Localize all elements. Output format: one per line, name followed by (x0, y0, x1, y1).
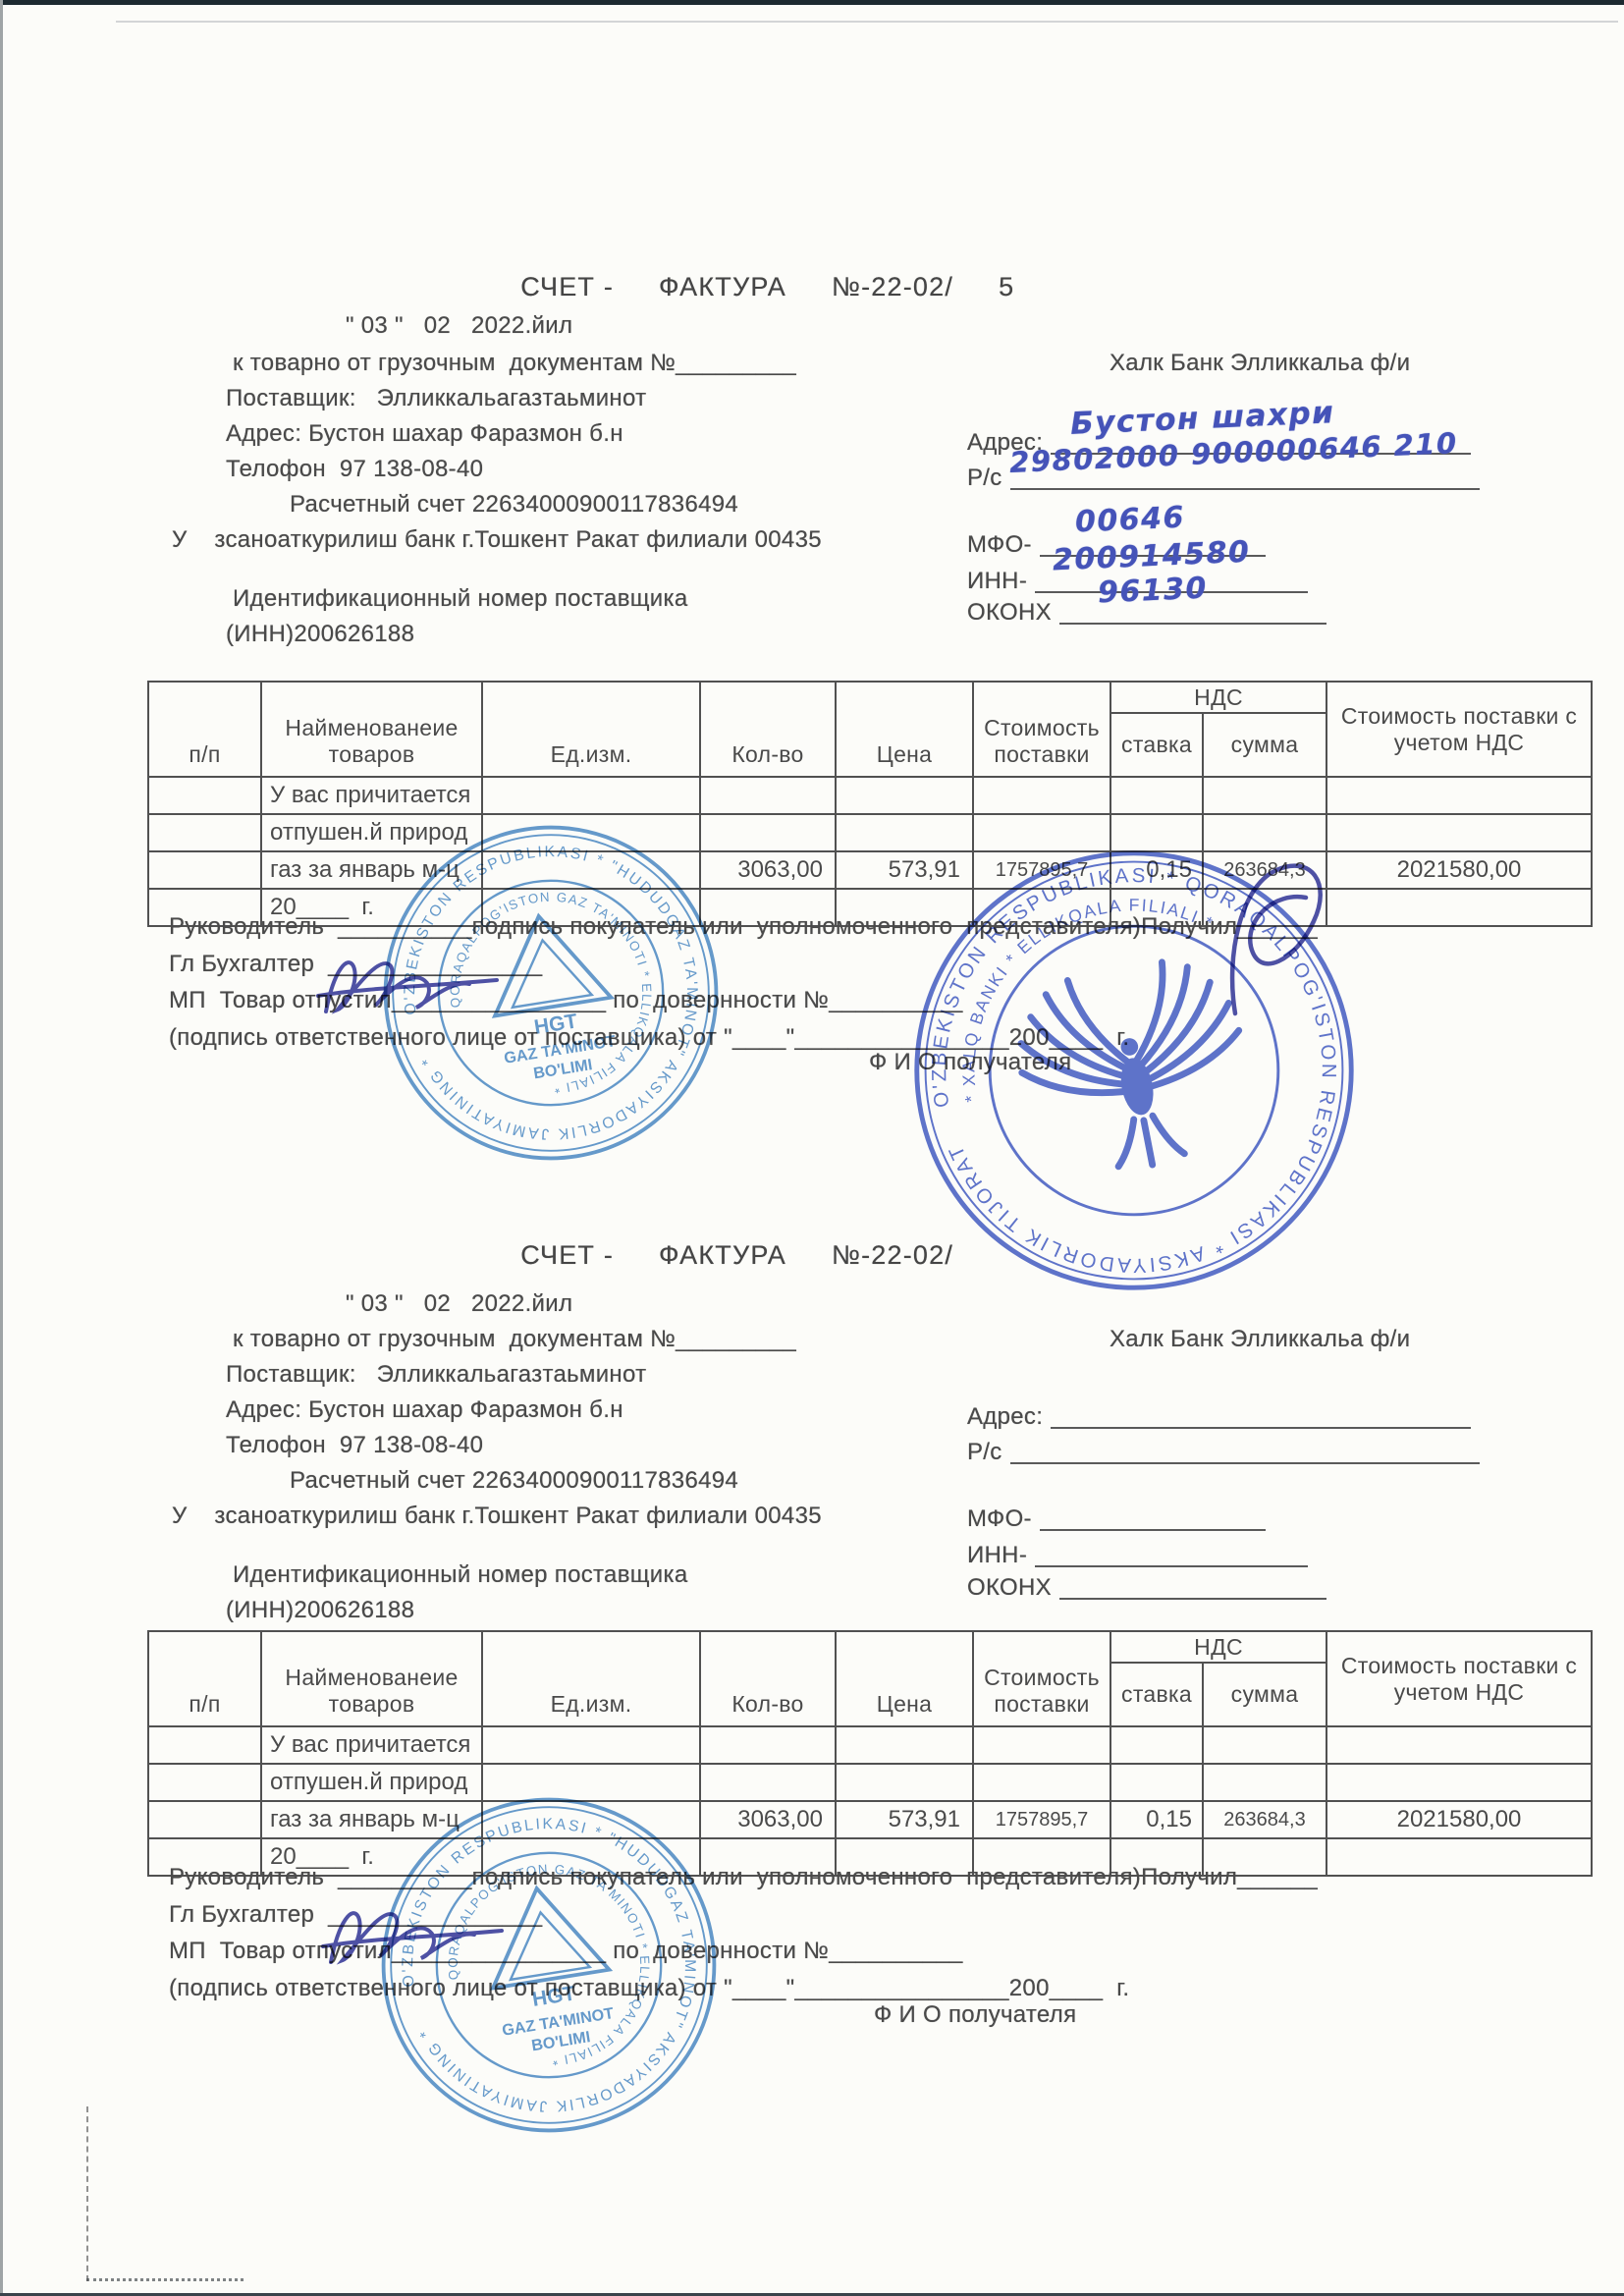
scan-fold-line (86, 2106, 88, 2281)
table-cell (1203, 1764, 1326, 1801)
supplier-id-caption: Идентификационный номер поставщика (233, 1561, 687, 1589)
table-cell (973, 1726, 1110, 1764)
invoice-title: СЧЕТ -ФАКТУРА№-22-02/ (469, 1210, 999, 1301)
title-word-faktura: ФАКТУРА (659, 272, 786, 301)
table-cell (482, 1726, 700, 1764)
col-header-price: Цена (836, 1631, 973, 1726)
invoice-date: " 03 " 02 2022.йил (346, 312, 572, 340)
table-cell (1110, 1726, 1203, 1764)
col-header-price: Цена (836, 682, 973, 777)
svg-text:O'ZBEKISTON RESPUBLIKASI * "HU: O'ZBEKISTON RESPUBLIKASI * "HUDUDGAZ TA'… (380, 822, 722, 1164)
col-header-nds: НДС (1110, 682, 1326, 713)
table-row: отпушен.й природ (148, 1764, 1592, 1801)
col-header-name: Найменованеие товаров (261, 1631, 482, 1726)
invoice-number-suffix: 5 (999, 272, 1014, 301)
col-header-nds: НДС (1110, 1631, 1326, 1663)
table-cell (1326, 1726, 1592, 1764)
supplier-address: Адрес: Бустон шахар Фаразмон б.н (226, 1396, 623, 1424)
table-cell (973, 1764, 1110, 1801)
table-cell (836, 814, 973, 851)
table-row: У вас причитается (148, 777, 1592, 814)
supplier-address: Адрес: Бустон шахар Фаразмон б.н (226, 420, 623, 448)
invoice-number: №-22-02/ (832, 272, 953, 301)
table-cell (700, 1726, 836, 1764)
table-cell (973, 777, 1110, 814)
col-header-unit: Ед.изм. (482, 1631, 700, 1726)
col-header-total: Стоимость поставки с учетом НДС (1326, 1631, 1592, 1726)
footer-fio: Ф И О получателя (874, 2001, 1076, 2029)
shipping-docs-line: к товарно от грузочным документам №_____… (233, 1326, 796, 1353)
scan-artifact-line (116, 21, 1618, 23)
gas-stamp-outer-text: O'ZBEKISTON RESPUBLIKASI * "HUDUDGAZ TA'… (378, 1794, 720, 2136)
buyer-bank-name: Халк Банк Элликкальа ф/и (1110, 350, 1410, 377)
col-header-sum: сумма (1203, 1663, 1326, 1726)
table-cell (836, 1764, 973, 1801)
table-cell (148, 1801, 261, 1838)
table-cell (148, 1726, 261, 1764)
buyer-mfo-field: МФО- (967, 1504, 1266, 1533)
shipping-docs-line: к товарно от грузочным документам №_____… (233, 350, 796, 377)
col-header-pp: п/п (148, 682, 261, 777)
footer-line-director: Руководитель __________подпись покупател… (169, 1864, 1318, 1891)
col-header-rate: ставка (1110, 713, 1203, 777)
table-cell (1326, 814, 1592, 851)
table-cell: 2021580,00 (1326, 1801, 1592, 1838)
inn-blank-line (1035, 1541, 1308, 1567)
buyer-okonx-field: ОКОНХ (967, 1573, 1326, 1602)
address-blank-line (1051, 1402, 1471, 1429)
scanned-invoice-page: СЧЕТ -ФАКТУРА№-22-02/5 " 03 " 02 2022.йи… (0, 0, 1624, 2296)
gas-stamp-monogram: HGT (530, 1982, 576, 2011)
scan-specks (86, 2278, 244, 2281)
handwritten-mfo: 00646 (1074, 501, 1185, 540)
table-cell: У вас причитается (261, 1726, 482, 1764)
mfo-blank-line (1040, 1504, 1266, 1531)
table-cell (1203, 1726, 1326, 1764)
title-word-schet: СЧЕТ - (520, 1240, 614, 1270)
table-cell (700, 777, 836, 814)
gas-stamp-triangle-logo (480, 907, 611, 1016)
gas-stamp-outer-text: O'ZBEKISTON RESPUBLIKASI * "HUDUDGAZ TA'… (380, 822, 722, 1164)
col-header-cost: Стоимость поставки (973, 1631, 1110, 1726)
col-header-cost: Стоимость поставки (973, 682, 1110, 777)
table-cell (148, 1764, 261, 1801)
table-cell: 573,91 (836, 1801, 973, 1838)
supplier-id-caption: Идентификационный номер поставщика (233, 585, 687, 613)
table-cell (148, 814, 261, 851)
col-header-pp: п/п (148, 1631, 261, 1726)
gas-stamp-monogram: HGT (532, 1010, 578, 1039)
table-row: отпушен.й природ (148, 814, 1592, 851)
table-cell: 3063,00 (700, 1801, 836, 1838)
table-cell: 3063,00 (700, 851, 836, 889)
buyer-bank-name: Халк Банк Элликкальа ф/и (1110, 1326, 1410, 1353)
supplier-inn: (ИНН)200626188 (226, 621, 414, 648)
col-header-rate: ставка (1110, 1663, 1203, 1726)
table-row: У вас причитается (148, 1726, 1592, 1764)
supplier-phone: Телофон 97 138-08-40 (226, 456, 483, 483)
handwritten-okonx: 96130 (1097, 572, 1208, 611)
gas-stamp-triangle-logo (478, 1880, 609, 1989)
table-cell: отпушен.й природ (261, 1764, 482, 1801)
supplier-phone: Телофон 97 138-08-40 (226, 1432, 483, 1459)
col-header-qty: Кол-во (700, 682, 836, 777)
table-cell: 0,15 (1110, 1801, 1203, 1838)
table-cell (148, 777, 261, 814)
buyer-rs-field: Р/с (967, 1438, 1480, 1466)
buyer-inn-field: ИНН- (967, 1541, 1308, 1569)
table-cell (973, 814, 1110, 851)
scan-edge-top (0, 0, 1624, 5)
supplier-bank-line: У зсаноаткурилиш банк г.Тошкент Ракат фи… (172, 1503, 822, 1530)
table-cell (1326, 777, 1592, 814)
table-cell (1326, 1838, 1592, 1876)
supplier-line: Поставщик: Элликкальагазтаьминот (226, 1361, 646, 1389)
supplier-bank-line: У зсаноаткурилиш банк г.Тошкент Ракат фи… (172, 526, 822, 554)
col-header-total: Стоимость поставки с учетом НДС (1326, 682, 1592, 777)
buyer-address-field: Адрес: (967, 1402, 1471, 1431)
table-cell (836, 777, 973, 814)
col-header-unit: Ед.изм. (482, 682, 700, 777)
table-cell (700, 814, 836, 851)
supplier-inn: (ИНН)200626188 (226, 1597, 414, 1624)
col-header-name: Найменованеие товаров (261, 682, 482, 777)
table-cell (1110, 777, 1203, 814)
title-word-schet: СЧЕТ - (520, 272, 614, 301)
invoice-number: №-22-02/ (832, 1240, 953, 1270)
table-cell (700, 1764, 836, 1801)
okonx-blank-line (1059, 1573, 1326, 1600)
title-word-faktura: ФАКТУРА (659, 1240, 786, 1270)
settlement-account: Расчетный счет 22634000900117836494 (290, 491, 738, 519)
col-header-sum: сумма (1203, 713, 1326, 777)
table-cell: У вас причитается (261, 777, 482, 814)
gas-company-stamp: O'ZBEKISTON RESPUBLIKASI * "HUDUDGAZ TA'… (353, 795, 749, 1191)
supplier-line: Поставщик: Элликкальагазтаьминот (226, 385, 646, 412)
table-cell (148, 851, 261, 889)
table-cell (1326, 1764, 1592, 1801)
col-header-qty: Кол-во (700, 1631, 836, 1726)
rs-blank-line (1010, 1438, 1480, 1464)
settlement-account: Расчетный счет 22634000900117836494 (290, 1467, 738, 1495)
svg-text:O'ZBEKISTON RESPUBLIKASI * "HU: O'ZBEKISTON RESPUBLIKASI * "HUDUDGAZ TA'… (378, 1794, 720, 2136)
invoice-date: " 03 " 02 2022.йил (346, 1290, 572, 1318)
table-cell (1110, 1764, 1203, 1801)
gas-company-stamp: O'ZBEKISTON RESPUBLIKASI * "HUDUDGAZ TA'… (352, 1768, 747, 2163)
table-cell: 263684,3 (1203, 1801, 1326, 1838)
table-cell (836, 1726, 973, 1764)
scan-edge-left (0, 0, 3, 2296)
table-cell: 1757895,7 (973, 1801, 1110, 1838)
